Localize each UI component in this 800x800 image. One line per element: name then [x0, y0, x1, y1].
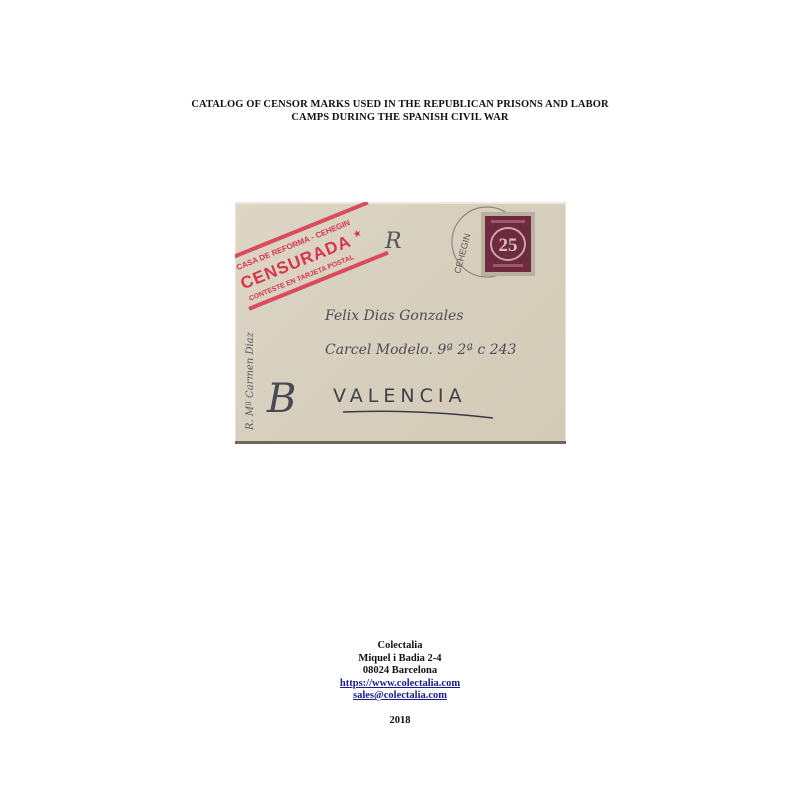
postage-stamp: 25 — [481, 212, 535, 276]
envelope-artwork: CASA DE REFORMA - CEHEGIN CENSURADA ★ CO… — [235, 202, 566, 444]
mark-b: B — [266, 376, 296, 422]
company-name: Colectalia — [200, 640, 600, 653]
address-line-2: Carcel Modelo. 9ª 2ª c 243 — [325, 342, 516, 358]
document-title: CATALOG OF CENSOR MARKS USED IN THE REPU… — [100, 98, 700, 124]
envelope-image: CASA DE REFORMA - CEHEGIN CENSURADA ★ CO… — [235, 202, 566, 444]
envelope-bottom-edge — [235, 441, 566, 444]
title-line-2: CAMPS DURING THE SPANISH CIVIL WAR — [100, 111, 700, 124]
address-line-3: VALENCIA — [333, 385, 466, 407]
sender-margin-text: R. Mª Carmen Diaz — [245, 331, 256, 431]
mark-r: R — [384, 229, 402, 254]
title-line-1: CATALOG OF CENSOR MARKS USED IN THE REPU… — [100, 98, 700, 111]
censor-star-icon: ★ — [351, 227, 363, 241]
address-line-1: Felix Dias Gonzales — [324, 308, 464, 324]
email-link[interactable]: sales@colectalia.com — [353, 690, 447, 701]
website-link[interactable]: https://www.colectalia.com — [340, 678, 460, 689]
city-address: 08024 Barcelona — [200, 665, 600, 678]
street-address: Miquel i Badia 2-4 — [200, 653, 600, 666]
publisher-info: Colectalia Miquel i Badia 2-4 08024 Barc… — [200, 640, 600, 727]
stamp-value: 25 — [499, 235, 518, 256]
publication-year: 2018 — [200, 715, 600, 728]
censor-mark: CASA DE REFORMA - CEHEGIN CENSURADA ★ CO… — [235, 202, 389, 311]
postmark-text: CEHEGIN — [452, 232, 472, 274]
